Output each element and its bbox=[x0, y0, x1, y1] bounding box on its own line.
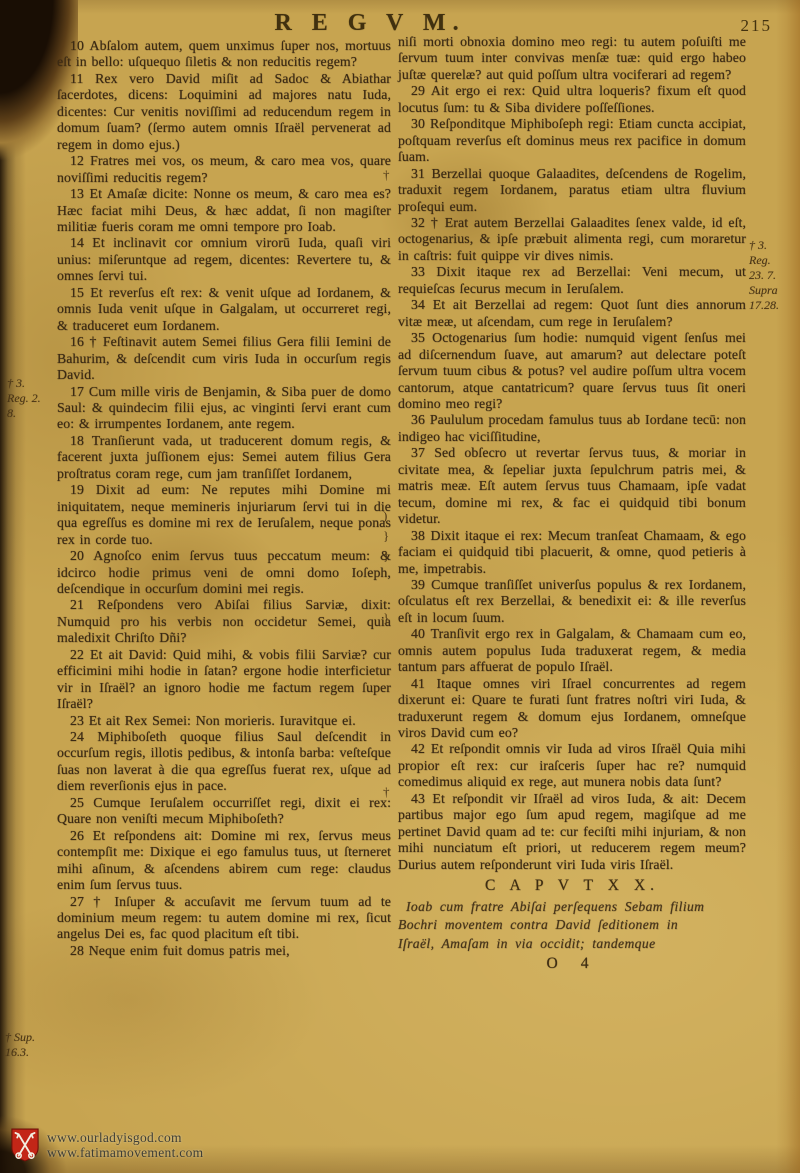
verse-paragraph: 38 Dixit itaque ei rex: Mecum tranſeat C… bbox=[398, 528, 746, 577]
verse-paragraph: 39 Cumque tranſiſſet univerſus populus &… bbox=[398, 577, 746, 626]
watermark-url: www.ourladyisgod.com bbox=[47, 1130, 203, 1145]
margin-note-left-bottom: † Sup.16.3. bbox=[5, 1030, 57, 1060]
verse-paragraph: 32 † Erat autem Berzellai Galaadites ſen… bbox=[398, 215, 746, 264]
margin-note-line: Reg. bbox=[749, 253, 799, 268]
margin-note-right: † 3.Reg.23. 7.Supra17.28. bbox=[749, 238, 799, 313]
verse-paragraph: 16 † Feſtinavit autem Semei filius Gera … bbox=[57, 334, 391, 383]
verse-paragraph: 34 Et ait Berzellai ad regem: Quot ſunt … bbox=[398, 297, 746, 330]
watermark-url: www.fatimamovement.com bbox=[47, 1145, 203, 1160]
verse-paragraph: 24 Miphiboſeth quoque filius Saul deſcen… bbox=[57, 729, 391, 795]
verse-paragraph: 21 Reſpondens vero Abiſai filius Sarviæ,… bbox=[57, 597, 391, 646]
left-text-column: 10 Abſalom autem, quem unximus ſuper nos… bbox=[57, 38, 391, 959]
signature-mark: O 4 bbox=[398, 956, 746, 972]
margin-note-line: Supra bbox=[749, 283, 799, 298]
verse-paragraph: 31 Berzellai quoque Galaadites, deſcende… bbox=[398, 166, 746, 215]
margin-note-line: † 3. bbox=[749, 238, 799, 253]
verse-paragraph: 30 Reſponditque Miphiboſeph regi: Etiam … bbox=[398, 116, 746, 165]
chapter-summary-line: Ioab cum fratre Abiſai perſequens Sebam … bbox=[398, 898, 746, 917]
chapter-heading: C A P V T X X. bbox=[398, 878, 746, 894]
gutter-reference-mark: } bbox=[383, 610, 389, 626]
verse-paragraph: niſi morti obnoxia domino meo regi: tu a… bbox=[398, 34, 746, 83]
verse-paragraph: 26 Et reſpondens ait: Domine mi rex, ſer… bbox=[57, 828, 391, 894]
verse-paragraph: 37 Sed obſecro ut revertar ſervus tuus, … bbox=[398, 445, 746, 527]
verse-paragraph: 25 Cumque Ieruſalem occurriſſet regi, di… bbox=[57, 795, 391, 828]
crossed-keys-shield-icon bbox=[10, 1128, 40, 1162]
chapter-summary-line: Iſraël, Amaſam in via occidit; tandemque bbox=[398, 935, 746, 954]
chapter-summary: Ioab cum fratre Abiſai perſequens Sebam … bbox=[398, 898, 746, 954]
margin-note-line: † Sup. bbox=[5, 1030, 57, 1045]
margin-note-line: 16.3. bbox=[5, 1045, 57, 1060]
verse-paragraph: 35 Octogenarius ſum hodie: numquid vigen… bbox=[398, 330, 746, 412]
right-text-column: niſi morti obnoxia domino meo regi: tu a… bbox=[398, 34, 746, 973]
verse-paragraph: 11 Rex vero David miſit ad Sadoc & Abiat… bbox=[57, 71, 391, 153]
verse-paragraph: 14 Et inclinavit cor omnium virorū Iuda,… bbox=[57, 235, 391, 284]
margin-note-line: 17.28. bbox=[749, 298, 799, 313]
verse-paragraph: 12 Fratres mei vos, os meum, & caro mea … bbox=[57, 153, 391, 186]
gutter-reference-mark: } bbox=[383, 548, 389, 564]
verse-paragraph: 40 Tranſivit ergo rex in Galgalam, & Cha… bbox=[398, 626, 746, 675]
verse-paragraph: 15 Et reverſus eſt rex: & venit uſque ad… bbox=[57, 285, 391, 334]
verse-paragraph: 27 † Inſuper & accuſavit me ſervum tuum … bbox=[57, 894, 391, 943]
margin-note-line: † 3. bbox=[7, 376, 55, 391]
gutter-reference-mark: † bbox=[383, 167, 390, 183]
verse-paragraph: 19 Dixit ad eum: Ne reputes mihi Domine … bbox=[57, 482, 391, 548]
margin-note-line: 8. bbox=[7, 406, 55, 421]
verse-paragraph: 20 Agnoſco enim ſervus tuus peccatum meu… bbox=[57, 548, 391, 597]
page-title: R E G V M. bbox=[0, 10, 740, 37]
book-binding-shadow bbox=[0, 0, 26, 1173]
gutter-reference-mark: † bbox=[383, 784, 390, 800]
gutter-reference-mark: ) bbox=[383, 508, 387, 524]
margin-note-line: Reg. 2. bbox=[7, 391, 55, 406]
page-number: 215 bbox=[741, 16, 773, 36]
verse-paragraph: 42 Et reſpondit omnis vir Iuda ad viros … bbox=[398, 741, 746, 790]
verse-paragraph: 22 Et ait David: Quid mihi, & vobis fili… bbox=[57, 647, 391, 713]
verse-paragraph: 23 Et ait Rex Semei: Non morieris. Iurav… bbox=[57, 713, 391, 729]
verse-paragraph: 36 Paululum procedam famulus tuus ab Ior… bbox=[398, 412, 746, 445]
verse-paragraph: 18 Tranſierunt vada, ut traducerent domu… bbox=[57, 433, 391, 482]
verse-paragraph: 43 Et reſpondit vir Iſraël ad viros Iuda… bbox=[398, 791, 746, 873]
verse-paragraph: 33 Dixit itaque rex ad Berzellai: Veni m… bbox=[398, 264, 746, 297]
verse-paragraph: 41 Itaque omnes viri Iſrael concurrentes… bbox=[398, 676, 746, 742]
chapter-summary-line: Bochri moventem contra David ſeditionem … bbox=[398, 916, 746, 935]
verse-paragraph: 13 Et Amaſæ dicite: Nonne os meum, & car… bbox=[57, 186, 391, 235]
watermark: www.ourladyisgod.comwww.fatimamovement.c… bbox=[10, 1128, 203, 1162]
gutter-reference-mark: } bbox=[383, 528, 389, 544]
verse-paragraph: 17 Cum mille viris de Benjamin, & Siba p… bbox=[57, 384, 391, 433]
verse-paragraph: 29 Ait ergo ei rex: Quid ultra loqueris?… bbox=[398, 83, 746, 116]
page-edge-right bbox=[776, 0, 800, 1173]
book-page-scan: R E G V M. 215 10 Abſalom autem, quem un… bbox=[0, 0, 800, 1173]
verse-paragraph: 10 Abſalom autem, quem unximus ſuper nos… bbox=[57, 38, 391, 71]
verse-paragraph: 28 Neque enim fuit domus patris mei, bbox=[57, 943, 391, 959]
gutter-reference-marks: †)}}}† bbox=[383, 0, 399, 1173]
margin-note-line: 23. 7. bbox=[749, 268, 799, 283]
margin-note-left-top: † 3.Reg. 2.8. bbox=[7, 376, 55, 421]
